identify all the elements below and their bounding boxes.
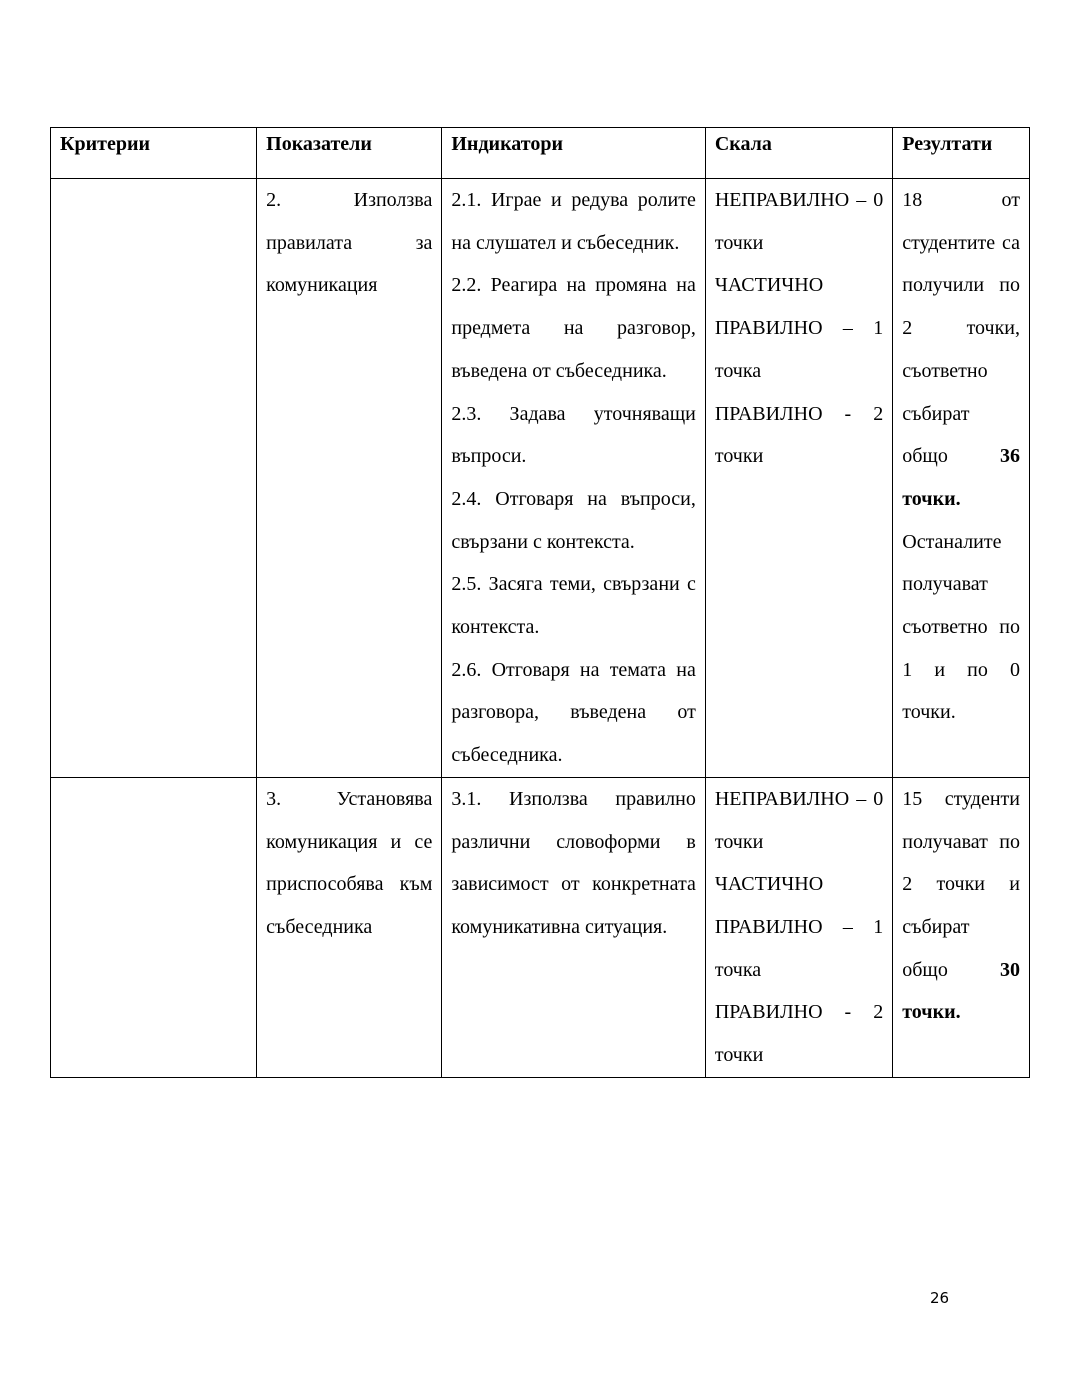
indicator-text: 2. Използва правилата за комуникация <box>266 179 432 307</box>
item-text: 3.1. Използва правилно различни словофор… <box>451 778 695 949</box>
scale-text: ЧАСТИЧНО ПРАВИЛНО – 1 точка <box>715 264 883 392</box>
item-text: 2.3. Задава уточняващи въпроси. <box>451 393 695 478</box>
table-row: 3. Установява комуникация и се приспособ… <box>51 777 1030 1077</box>
cell-criteria <box>51 179 257 778</box>
criteria-table: Критерии Показатели Индикатори Скала Рез… <box>50 127 1030 1078</box>
cell-scale: НЕПРАВИЛНО – 0 точки ЧАСТИЧНО ПРАВИЛНО –… <box>705 179 892 778</box>
header-criteria: Критерии <box>51 128 257 179</box>
scale-text: ЧАСТИЧНО ПРАВИЛНО – 1 точка <box>715 863 883 991</box>
header-items: Индикатори <box>442 128 705 179</box>
cell-result: 18 от студентите са получили по 2 точки,… <box>893 179 1030 778</box>
scale-text: ПРАВИЛНО - 2 точки <box>715 991 883 1076</box>
header-scale: Скала <box>705 128 892 179</box>
cell-scale: НЕПРАВИЛНО – 0 точки ЧАСТИЧНО ПРАВИЛНО –… <box>705 777 892 1077</box>
item-text: 2.6. Отговаря на темата на разговора, въ… <box>451 649 695 777</box>
cell-result: 15 студенти получават по 2 точки и събир… <box>893 777 1030 1077</box>
result-text: 15 студенти получават по 2 точки и събир… <box>902 778 1020 1034</box>
indicator-text: 3. Установява комуникация и се приспособ… <box>266 778 432 949</box>
item-text: 2.5. Засяга теми, свързани с контекста. <box>451 563 695 648</box>
item-text: 2.2. Реагира на промяна на предмета на р… <box>451 264 695 392</box>
cell-items: 2.1. Играе и редува ролите на слушател и… <box>442 179 705 778</box>
cell-items: 3.1. Използва правилно различни словофор… <box>442 777 705 1077</box>
item-text: 2.4. Отговаря на въпроси, свързани с кон… <box>451 478 695 563</box>
table-header-row: Критерии Показатели Индикатори Скала Рез… <box>51 128 1030 179</box>
cell-indicator: 3. Установява комуникация и се приспособ… <box>257 777 442 1077</box>
scale-text: ПРАВИЛНО - 2 точки <box>715 393 883 478</box>
scale-text: НЕПРАВИЛНО – 0 точки <box>715 179 883 264</box>
page-number: 26 <box>930 1289 949 1307</box>
item-text: 2.1. Играе и редува ролите на слушател и… <box>451 179 695 264</box>
table-row: 2. Използва правилата за комуникация 2.1… <box>51 179 1030 778</box>
header-indicators: Показатели <box>257 128 442 179</box>
result-text: 18 от студентите са получили по 2 точки,… <box>902 179 1020 734</box>
scale-text: НЕПРАВИЛНО – 0 точки <box>715 778 883 863</box>
header-results: Резултати <box>893 128 1030 179</box>
cell-indicator: 2. Използва правилата за комуникация <box>257 179 442 778</box>
cell-criteria <box>51 777 257 1077</box>
